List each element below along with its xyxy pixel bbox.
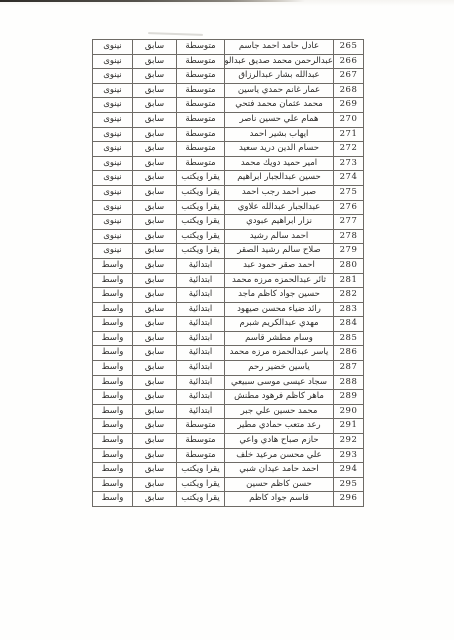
- cell-province: واسط: [93, 317, 133, 332]
- cell-full-name: حازم صباح هادي واعي: [225, 434, 334, 449]
- cell-full-name: عبدالجبار عبدالله علاوي: [225, 200, 334, 215]
- cell-status: سابق: [133, 273, 177, 288]
- cell-serial-number: 285: [334, 331, 364, 346]
- cell-education-level: يقرا ويكتب: [177, 477, 225, 492]
- cell-full-name: عبدالله بشار عبدالرزاق: [225, 69, 334, 84]
- table-row: 285 وسام مطشر قاسم ابتدائية سابق واسط: [93, 331, 364, 346]
- cell-full-name: عمار غانم حمدي ياسين: [225, 83, 334, 98]
- cell-status: سابق: [133, 361, 177, 376]
- table-row: 295 حسن كاظم حسين يقرا ويكتب سابق واسط: [93, 477, 364, 492]
- cell-province: واسط: [93, 448, 133, 463]
- table-row: 274 حسين عبدالجبار ابراهيم يقرا ويكتب سا…: [93, 171, 364, 186]
- cell-full-name: رعد متعب حمادي مطير: [225, 419, 334, 434]
- cell-serial-number: 271: [334, 127, 364, 142]
- cell-status: سابق: [133, 404, 177, 419]
- cell-serial-number: 289: [334, 390, 364, 405]
- cell-full-name: همام علي حسين ناصر: [225, 112, 334, 127]
- cell-full-name: عادل حامد احمد جاسم: [225, 40, 334, 55]
- cell-full-name: احمد سالم رشيد: [225, 229, 334, 244]
- cell-full-name: حسام الدين دريد سعيد: [225, 142, 334, 157]
- cell-education-level: ابتدائية: [177, 317, 225, 332]
- cell-full-name: ايهاب بشير احمد: [225, 127, 334, 142]
- table-row: 291 رعد متعب حمادي مطير متوسطة سابق واسط: [93, 419, 364, 434]
- cell-education-level: متوسطة: [177, 127, 225, 142]
- table-row: 290 محمد حسين علي جبر ابتدائية سابق واسط: [93, 404, 364, 419]
- cell-province: نينوى: [93, 215, 133, 230]
- cell-education-level: ابتدائية: [177, 361, 225, 376]
- cell-education-level: ابتدائية: [177, 331, 225, 346]
- cell-full-name: امير حميد دويك محمد: [225, 156, 334, 171]
- cell-education-level: متوسطة: [177, 434, 225, 449]
- cell-serial-number: 268: [334, 83, 364, 98]
- table-row: 286 ياسر عبدالحمزه مرزه محمد ابتدائية سا…: [93, 346, 364, 361]
- cell-status: سابق: [133, 317, 177, 332]
- cell-province: واسط: [93, 390, 133, 405]
- cell-province: نينوى: [93, 54, 133, 69]
- cell-education-level: متوسطة: [177, 83, 225, 98]
- cell-full-name: عبدالرحمن محمد صديق عبدالواحد: [225, 54, 334, 69]
- cell-full-name: محمد حسين علي جبر: [225, 404, 334, 419]
- table-row: 287 ياسين خضير رحم ابتدائية سابق واسط: [93, 361, 364, 376]
- table-row: 278 احمد سالم رشيد يقرا ويكتب سابق نينوى: [93, 229, 364, 244]
- table-row: 282 حسين جواد كاظم ماجد ابتدائية سابق وا…: [93, 288, 364, 303]
- cell-status: سابق: [133, 83, 177, 98]
- cell-full-name: مهدي عبدالكريم شبرم: [225, 317, 334, 332]
- cell-full-name: حسين جواد كاظم ماجد: [225, 288, 334, 303]
- cell-education-level: يقرا ويكتب: [177, 492, 225, 507]
- cell-province: نينوى: [93, 112, 133, 127]
- table-row: 283 رائد ضياء محسن صيهود ابتدائية سابق و…: [93, 302, 364, 317]
- table-row: 288 سجاد عيسى موسى سبيعي ابتدائية سابق و…: [93, 375, 364, 390]
- cell-province: نينوى: [93, 171, 133, 186]
- table-row: 268 عمار غانم حمدي ياسين متوسطة سابق نين…: [93, 83, 364, 98]
- table-row: 272 حسام الدين دريد سعيد متوسطة سابق نين…: [93, 142, 364, 157]
- cell-province: نينوى: [93, 156, 133, 171]
- cell-serial-number: 272: [334, 142, 364, 157]
- table-row: 284 مهدي عبدالكريم شبرم ابتدائية سابق وا…: [93, 317, 364, 332]
- cell-education-level: يقرا ويكتب: [177, 171, 225, 186]
- cell-status: سابق: [133, 171, 177, 186]
- cell-education-level: يقرا ويكتب: [177, 215, 225, 230]
- cell-serial-number: 296: [334, 492, 364, 507]
- cell-serial-number: 292: [334, 434, 364, 449]
- cell-province: واسط: [93, 273, 133, 288]
- cell-serial-number: 265: [334, 40, 364, 55]
- cell-province: نينوى: [93, 185, 133, 200]
- cell-status: سابق: [133, 434, 177, 449]
- cell-serial-number: 287: [334, 361, 364, 376]
- cell-education-level: متوسطة: [177, 448, 225, 463]
- cell-province: واسط: [93, 463, 133, 478]
- cell-full-name: ماهر كاظم فرهود مطنش: [225, 390, 334, 405]
- cell-status: سابق: [133, 200, 177, 215]
- table-row: 281 ثائر عبدالحمزه مرزه محمد ابتدائية سا…: [93, 273, 364, 288]
- cell-province: واسط: [93, 346, 133, 361]
- cell-serial-number: 283: [334, 302, 364, 317]
- cell-province: واسط: [93, 258, 133, 273]
- table-row: 271 ايهاب بشير احمد متوسطة سابق نينوى: [93, 127, 364, 142]
- cell-province: نينوى: [93, 127, 133, 142]
- roster-table-body: 265 عادل حامد احمد جاسم متوسطة سابق نينو…: [93, 40, 364, 507]
- cell-status: سابق: [133, 229, 177, 244]
- cell-province: واسط: [93, 375, 133, 390]
- cell-full-name: احمد حامد عيدان شبي: [225, 463, 334, 478]
- cell-status: سابق: [133, 98, 177, 113]
- cell-serial-number: 266: [334, 54, 364, 69]
- scanned-page: 265 عادل حامد احمد جاسم متوسطة سابق نينو…: [0, 0, 454, 640]
- table-row: 265 عادل حامد احمد جاسم متوسطة سابق نينو…: [93, 40, 364, 55]
- cell-full-name: حسن كاظم حسين: [225, 477, 334, 492]
- cell-status: سابق: [133, 331, 177, 346]
- cell-serial-number: 270: [334, 112, 364, 127]
- cell-education-level: ابتدائية: [177, 375, 225, 390]
- cell-full-name: رائد ضياء محسن صيهود: [225, 302, 334, 317]
- cell-province: واسط: [93, 302, 133, 317]
- table-row: 270 همام علي حسين ناصر متوسطة سابق نينوى: [93, 112, 364, 127]
- cell-province: نينوى: [93, 244, 133, 259]
- cell-education-level: يقرا ويكتب: [177, 185, 225, 200]
- cell-status: سابق: [133, 302, 177, 317]
- cell-education-level: متوسطة: [177, 54, 225, 69]
- cell-province: نينوى: [93, 40, 133, 55]
- table-row: 277 نزار ابراهيم عبودي يقرا ويكتب سابق ن…: [93, 215, 364, 230]
- cell-serial-number: 277: [334, 215, 364, 230]
- scan-smudge: [148, 32, 203, 36]
- cell-status: سابق: [133, 375, 177, 390]
- cell-education-level: متوسطة: [177, 156, 225, 171]
- cell-serial-number: 282: [334, 288, 364, 303]
- cell-education-level: متوسطة: [177, 142, 225, 157]
- cell-province: واسط: [93, 492, 133, 507]
- cell-province: واسط: [93, 288, 133, 303]
- cell-education-level: متوسطة: [177, 69, 225, 84]
- cell-province: واسط: [93, 404, 133, 419]
- cell-full-name: وسام مطشر قاسم: [225, 331, 334, 346]
- cell-full-name: ياسر عبدالحمزه مرزه محمد: [225, 346, 334, 361]
- cell-province: نينوى: [93, 200, 133, 215]
- table-row: 279 صلاح سالم رشيد الصقر يقرا ويكتب سابق…: [93, 244, 364, 259]
- cell-status: سابق: [133, 492, 177, 507]
- cell-education-level: ابتدائية: [177, 288, 225, 303]
- cell-education-level: يقرا ويكتب: [177, 200, 225, 215]
- cell-status: سابق: [133, 215, 177, 230]
- cell-status: سابق: [133, 463, 177, 478]
- cell-serial-number: 293: [334, 448, 364, 463]
- cell-full-name: سجاد عيسى موسى سبيعي: [225, 375, 334, 390]
- cell-serial-number: 295: [334, 477, 364, 492]
- cell-status: سابق: [133, 40, 177, 55]
- cell-status: سابق: [133, 448, 177, 463]
- table-row: 294 احمد حامد عيدان شبي يقرا ويكتب سابق …: [93, 463, 364, 478]
- table-row: 266 عبدالرحمن محمد صديق عبدالواحد متوسطة…: [93, 54, 364, 69]
- cell-serial-number: 288: [334, 375, 364, 390]
- cell-full-name: ثائر عبدالحمزه مرزه محمد: [225, 273, 334, 288]
- cell-status: سابق: [133, 244, 177, 259]
- cell-serial-number: 274: [334, 171, 364, 186]
- cell-full-name: محمد عثمان محمد فتحي: [225, 98, 334, 113]
- cell-education-level: ابتدائية: [177, 404, 225, 419]
- cell-status: سابق: [133, 288, 177, 303]
- cell-status: سابق: [133, 258, 177, 273]
- cell-province: واسط: [93, 331, 133, 346]
- cell-status: سابق: [133, 346, 177, 361]
- cell-status: سابق: [133, 419, 177, 434]
- table-row: 269 محمد عثمان محمد فتحي متوسطة سابق نين…: [93, 98, 364, 113]
- cell-serial-number: 291: [334, 419, 364, 434]
- table-row: 293 علي محسن مرعيد خلف متوسطة سابق واسط: [93, 448, 364, 463]
- table-row: 275 صبر احمد رجب احمد يقرا ويكتب سابق ني…: [93, 185, 364, 200]
- cell-full-name: صبر احمد رجب احمد: [225, 185, 334, 200]
- cell-full-name: حسين عبدالجبار ابراهيم: [225, 171, 334, 186]
- table-row: 267 عبدالله بشار عبدالرزاق متوسطة سابق ن…: [93, 69, 364, 84]
- cell-education-level: يقرا ويكتب: [177, 463, 225, 478]
- cell-province: واسط: [93, 434, 133, 449]
- cell-status: سابق: [133, 54, 177, 69]
- cell-education-level: متوسطة: [177, 419, 225, 434]
- cell-status: سابق: [133, 390, 177, 405]
- cell-serial-number: 269: [334, 98, 364, 113]
- cell-province: نينوى: [93, 69, 133, 84]
- cell-full-name: احمد صقر حمود عبد: [225, 258, 334, 273]
- cell-education-level: ابتدائية: [177, 390, 225, 405]
- table-row: 276 عبدالجبار عبدالله علاوي يقرا ويكتب س…: [93, 200, 364, 215]
- cell-full-name: علي محسن مرعيد خلف: [225, 448, 334, 463]
- cell-serial-number: 280: [334, 258, 364, 273]
- roster-table: 265 عادل حامد احمد جاسم متوسطة سابق نينو…: [92, 39, 364, 507]
- cell-province: واسط: [93, 419, 133, 434]
- table-row: 296 قاسم جواد كاظم يقرا ويكتب سابق واسط: [93, 492, 364, 507]
- cell-serial-number: 286: [334, 346, 364, 361]
- table-row: 280 احمد صقر حمود عبد ابتدائية سابق واسط: [93, 258, 364, 273]
- cell-education-level: متوسطة: [177, 40, 225, 55]
- cell-education-level: ابتدائية: [177, 346, 225, 361]
- cell-status: سابق: [133, 69, 177, 84]
- cell-status: سابق: [133, 112, 177, 127]
- cell-status: سابق: [133, 477, 177, 492]
- cell-serial-number: 290: [334, 404, 364, 419]
- cell-serial-number: 281: [334, 273, 364, 288]
- cell-province: واسط: [93, 361, 133, 376]
- cell-education-level: ابتدائية: [177, 258, 225, 273]
- cell-education-level: ابتدائية: [177, 273, 225, 288]
- cell-full-name: نزار ابراهيم عبودي: [225, 215, 334, 230]
- cell-province: نينوى: [93, 142, 133, 157]
- cell-serial-number: 284: [334, 317, 364, 332]
- cell-serial-number: 275: [334, 185, 364, 200]
- cell-education-level: ابتدائية: [177, 302, 225, 317]
- table-row: 292 حازم صباح هادي واعي متوسطة سابق واسط: [93, 434, 364, 449]
- cell-status: سابق: [133, 156, 177, 171]
- cell-province: نينوى: [93, 83, 133, 98]
- cell-province: واسط: [93, 477, 133, 492]
- cell-province: نينوى: [93, 229, 133, 244]
- cell-education-level: يقرا ويكتب: [177, 229, 225, 244]
- cell-province: نينوى: [93, 98, 133, 113]
- table-row: 273 امير حميد دويك محمد متوسطة سابق نينو…: [93, 156, 364, 171]
- cell-serial-number: 267: [334, 69, 364, 84]
- cell-education-level: متوسطة: [177, 112, 225, 127]
- cell-serial-number: 279: [334, 244, 364, 259]
- cell-serial-number: 273: [334, 156, 364, 171]
- cell-full-name: ياسين خضير رحم: [225, 361, 334, 376]
- cell-serial-number: 278: [334, 229, 364, 244]
- cell-full-name: صلاح سالم رشيد الصقر: [225, 244, 334, 259]
- cell-education-level: متوسطة: [177, 98, 225, 113]
- scan-artifact-line: [0, 0, 305, 2]
- cell-status: سابق: [133, 142, 177, 157]
- cell-serial-number: 276: [334, 200, 364, 215]
- cell-serial-number: 294: [334, 463, 364, 478]
- cell-education-level: يقرا ويكتب: [177, 244, 225, 259]
- cell-status: سابق: [133, 185, 177, 200]
- cell-full-name: قاسم جواد كاظم: [225, 492, 334, 507]
- cell-status: سابق: [133, 127, 177, 142]
- table-row: 289 ماهر كاظم فرهود مطنش ابتدائية سابق و…: [93, 390, 364, 405]
